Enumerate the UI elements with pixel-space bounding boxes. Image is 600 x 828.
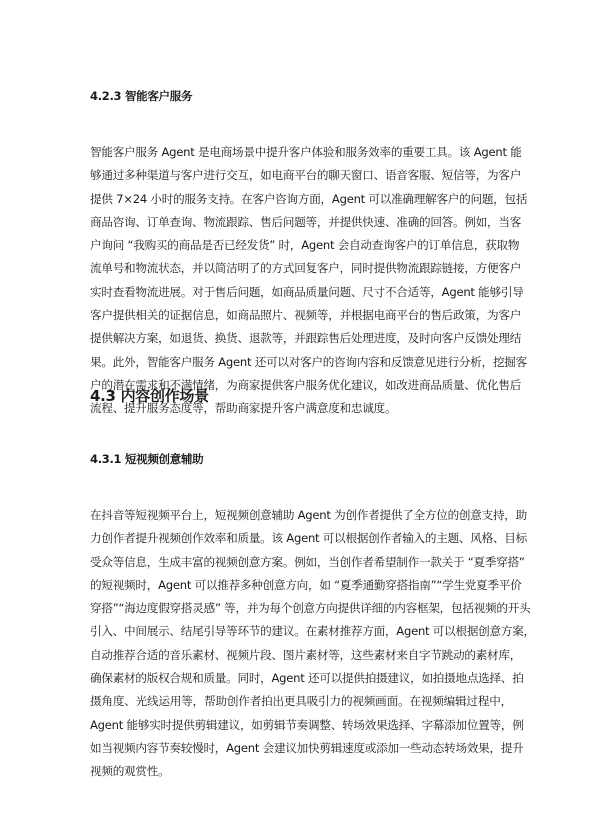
text-line: 果。此外，智能客户服务 Agent 还可以对客户的咨询内容和反馈意见进行分析，挖… (90, 351, 512, 374)
text-line: Agent 能够实时提供剪辑建议，如剪辑节奏调整、转场效果选择、字幕添加位置等，… (90, 714, 512, 737)
text-line: 在抖音等短视频平台上，短视频创意辅助 Agent 为创作者提供了全方位的创意支持… (90, 504, 512, 527)
text-line: 流单号和物流状态，并以简洁明了的方式回复客户，同时提供物流跟踪链接，方便客户 (90, 257, 512, 280)
paragraph-short-video-creative: 在抖音等短视频平台上，短视频创意辅助 Agent 为创作者提供了全方位的创意支持… (90, 504, 512, 784)
text-line: 确保素材的版权合规和质量。同时，Agent 还可以提供拍摄建议，如拍摄地点选择、… (90, 667, 512, 690)
text-line: 提供解决方案，如退货、换货、退款等，并跟踪售后处理进度，及时向客户反馈处理结 (90, 327, 512, 350)
text-line: 视频的观赏性。 (90, 760, 512, 783)
text-line: 自动推荐合适的音乐素材、视频片段、图片素材等，这些素材来自字节跳动的素材库， (90, 644, 512, 667)
text-line: 提供 7×24 小时的服务支持。在客户咨询方面，Agent 可以准确理解客户的问… (90, 188, 512, 211)
text-line: 实时查看物流进展。对于售后问题，如商品质量问题、尺寸不合适等，Agent 能够引… (90, 281, 512, 304)
document-page: 4.2.3 智能客户服务 智能客户服务 Agent 是电商场景中提升客户体验和服… (0, 0, 600, 828)
text-line: 引入、中间展示、结尾引导等环节的建议。在素材推荐方面，Agent 可以根据创意方… (90, 620, 512, 643)
section-heading-4-3: 4.3 内容创作场景 (90, 385, 209, 406)
text-line: 智能客户服务 Agent 是电商场景中提升客户体验和服务效率的重要工具。该 Ag… (90, 141, 512, 164)
text-line: 商品咨询、订单查询、物流跟踪、售后问题等，并提供快速、准确的回答。例如，当客 (90, 211, 512, 234)
text-line: 客户提供相关的证据信息，如商品照片、视频等，并根据电商平台的售后政策，为客户 (90, 304, 512, 327)
text-line: 如当视频内容节奏较慢时，Agent 会建议加快剪辑速度或添加一些动态转场效果，提… (90, 737, 512, 760)
paragraph-smart-customer-service: 智能客户服务 Agent 是电商场景中提升客户体验和服务效率的重要工具。该 Ag… (90, 141, 512, 421)
text-line: 的短视频时，Agent 可以推荐多种创意方向，如 “夏季通勤穿搭指南”“学生党夏… (90, 574, 512, 597)
text-line: 够通过多种渠道与客户进行交互，如电商平台的聊天窗口、语音客服、短信等，为客户 (90, 164, 512, 187)
text-line: 摄角度、光线运用等，帮助创作者拍出更具吸引力的视频画面。在视频编辑过程中， (90, 690, 512, 713)
text-line: 户询问 “我购买的商品是否已经发货” 时，Agent 会自动查询客户的订单信息，… (90, 234, 512, 257)
section-heading-4-3-1: 4.3.1 短视频创意辅助 (90, 451, 203, 467)
text-line: 穿搭”“海边度假穿搭灵感” 等，并为每个创意方向提供详细的内容框架，包括视频的开… (90, 597, 512, 620)
text-line: 力创作者提升视频创作效率和质量。该 Agent 可以根据创作者输入的主题、风格、… (90, 527, 512, 550)
text-line: 受众等信息，生成丰富的视频创意方案。例如，当创作者希望制作一款关于 “夏季穿搭” (90, 551, 512, 574)
section-heading-4-2-3: 4.2.3 智能客户服务 (90, 88, 192, 104)
